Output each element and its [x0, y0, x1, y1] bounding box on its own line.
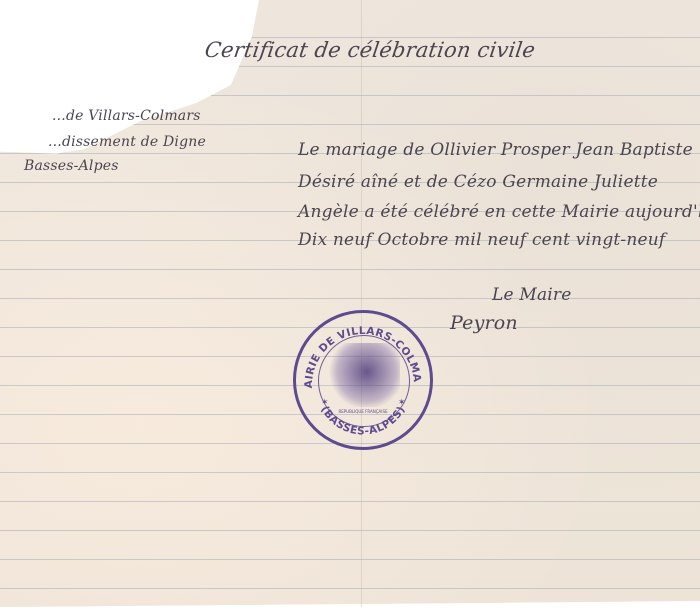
header-arrondissement: ...dissement de Digne [48, 134, 206, 150]
fold-crease [361, 0, 362, 607]
svg-text:MAIRIE DE VILLARS-COLMARS: MAIRIE DE VILLARS-COLMARS [296, 313, 423, 388]
header-department: Basses-Alpes [24, 158, 119, 174]
signature-name: Peyron [450, 312, 518, 334]
header-commune: ...de Villars-Colmars [52, 108, 201, 124]
body-line-2: Désiré aîné et de Cézo Germaine Juliette [298, 172, 658, 192]
stamp-text-ring: MAIRIE DE VILLARS-COLMARS (BASSES-ALPES)… [296, 313, 430, 447]
document-title: Certificat de célébration civile [203, 38, 536, 62]
star-icon: ✶ [398, 398, 406, 408]
body-line-4: Dix neuf Octobre mil neuf cent vingt-neu… [298, 230, 665, 250]
star-icon: ✶ [321, 398, 329, 408]
ruled-lines [0, 0, 700, 607]
mairie-stamp: MAIRIE DE VILLARS-COLMARS (BASSES-ALPES)… [293, 310, 433, 450]
body-line-1: Le mariage de Ollivier Prosper Jean Bapt… [298, 140, 693, 160]
svg-text:REPUBLIQUE FRANÇAISE: REPUBLIQUE FRANÇAISE [338, 409, 388, 414]
body-line-3: Angèle a été célébré en cette Mairie auj… [298, 202, 700, 222]
signature-title: Le Maire [492, 285, 572, 305]
